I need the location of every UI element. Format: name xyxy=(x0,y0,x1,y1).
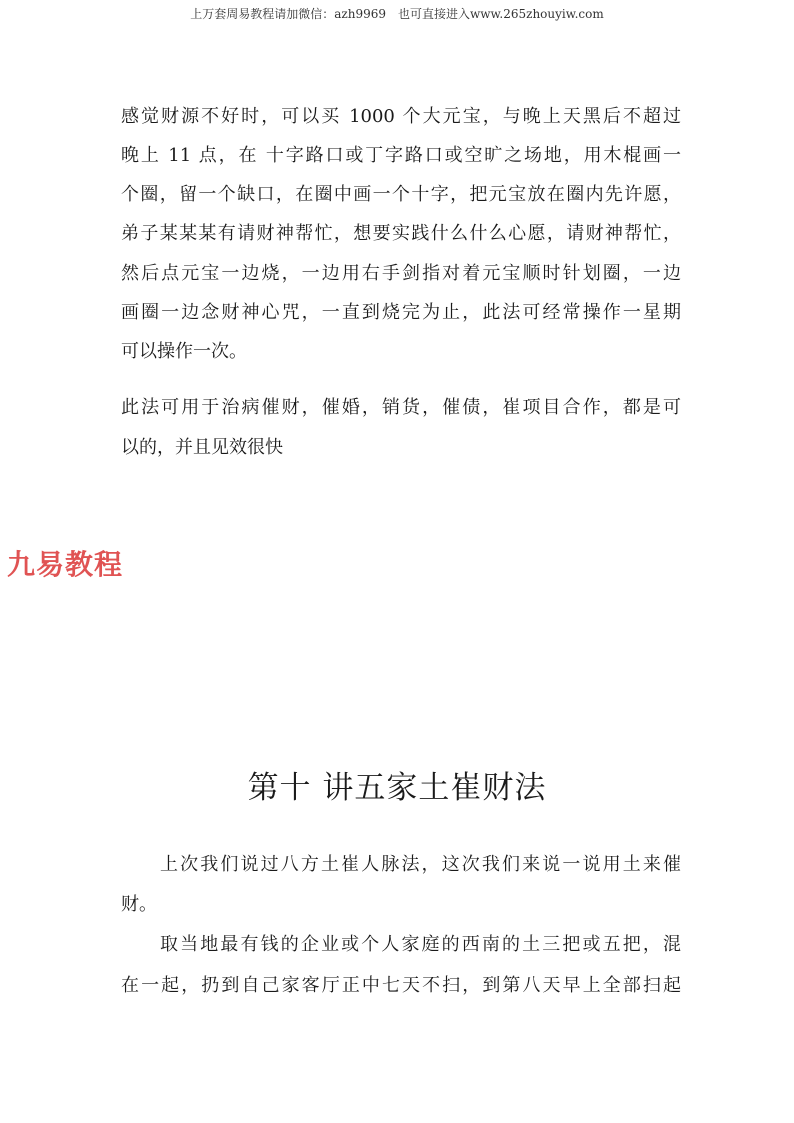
paragraph-line: 感觉财源不好时，可以买 1000 个大元宝，与晚上天黑后不超过 xyxy=(121,105,681,129)
paragraph-line: 取当地最有钱的企业或个人家庭的西南的土三把或五把，混 xyxy=(160,933,681,957)
paragraph-line: 在一起，扔到自己家客厅正中七天不扫，到第八天早上全部扫起 xyxy=(121,974,681,998)
section-title: 第十 讲五家土崔财法 xyxy=(0,762,794,807)
paragraph-line: 画圈一边念财神心咒，一直到烧完为止，此法可经常操作一星期 xyxy=(121,301,681,325)
paragraph-line: 然后点元宝一边烧，一边用右手剑指对着元宝顺时针划圈，一边 xyxy=(121,262,681,286)
paragraph-line: 此法可用于治病催财，催婚，销货，催债，崔项目合作，都是可 xyxy=(121,396,681,420)
paragraph-line: 弟子某某某有请财神帮忙，想要实践什么什么心愿，请财神帮忙， xyxy=(121,222,681,246)
paragraph-line: 可以操作一次。 xyxy=(121,340,681,364)
paragraph-line: 晚上 11 点，在 十字路口或丁字路口或空旷之场地，用木棍画一 xyxy=(121,144,681,168)
header-banner: 上万套周易教程请加微信：azh9969 也可直接进入www.265zhouyiw… xyxy=(0,5,794,22)
paragraph-line: 个圈，留一个缺口，在圈中画一个十字，把元宝放在圈内先许愿， xyxy=(121,183,681,207)
paragraph-line: 上次我们说过八方土崔人脉法，这次我们来说一说用土来催 xyxy=(160,853,681,877)
paragraph-line: 财。 xyxy=(121,893,681,917)
paragraph-line: 以的，并且见效很快 xyxy=(121,436,681,460)
watermark-logo: 九易教程 xyxy=(7,543,123,583)
